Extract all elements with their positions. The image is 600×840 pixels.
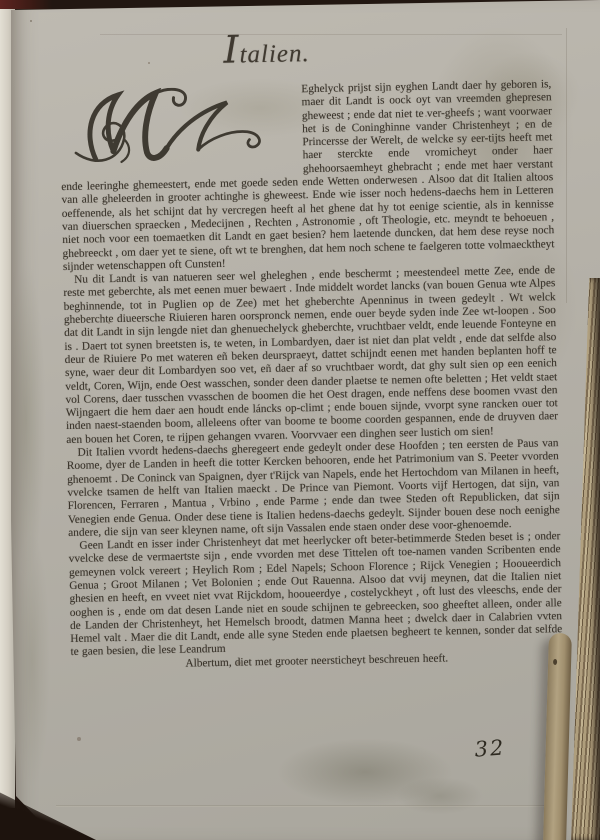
paragraph: Nu dit Landt is van natueren seer wel gh… — [63, 264, 558, 447]
handwritten-page-number: 32 — [474, 735, 506, 761]
blind-rule-line — [100, 34, 562, 35]
paragraph: Geen Landt en isser inder Christenheyt d… — [68, 530, 562, 660]
photo-of-book-page: Italien. Eghelyck prijst sijn eyghen Lan… — [0, 0, 600, 840]
title-swash-capital: I — [223, 27, 240, 71]
paragraph: Dit Italien vvordt hedens-daechs gherege… — [66, 437, 560, 540]
title-text: talien. — [239, 40, 310, 68]
decorative-initial-icon — [59, 85, 295, 169]
wood-knot — [553, 659, 557, 665]
vertical-crease — [566, 28, 567, 303]
page-title: Italien. — [223, 40, 310, 70]
foxing-speckles — [30, 20, 32, 22]
binding-edge-top — [0, 0, 52, 9]
printed-text-area: Italien. Eghelyck prijst sijn eyghen Lan… — [58, 35, 563, 673]
paragraph: Eghelyck prijst sijn eyghen Landt daer h… — [59, 78, 555, 274]
book-page: Italien. Eghelyck prijst sijn eyghen Lan… — [10, 0, 600, 840]
horizontal-crease — [56, 805, 566, 807]
body-text: Eghelyck prijst sijn eyghen Landt daer h… — [59, 78, 563, 673]
